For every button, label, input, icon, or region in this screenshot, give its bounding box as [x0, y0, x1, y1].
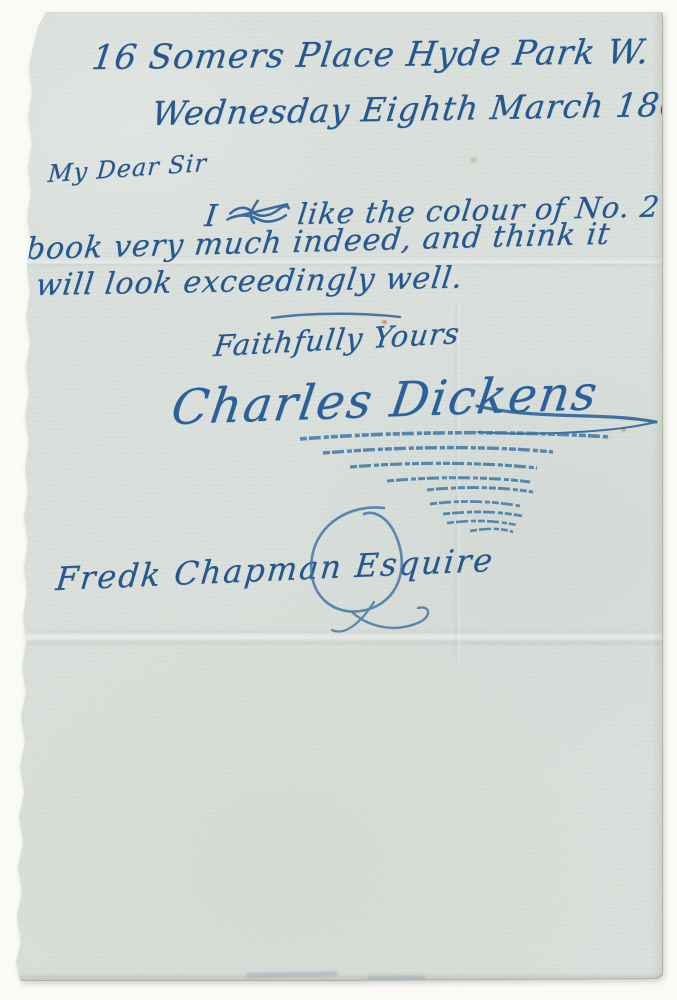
paper-bottom-edge-shade [16, 972, 662, 980]
fold-crease-vertical [454, 302, 461, 662]
rust-speck [621, 428, 626, 432]
letter-paper: 16 Somers Place Hyde Park W. Wednesday E… [16, 12, 662, 980]
address-line: 16 Somers Place Hyde Park W. [89, 32, 652, 78]
scanned-letter-photo: 16 Somers Place Hyde Park W. Wednesday E… [0, 0, 677, 1000]
paper-right-edge-shade [652, 12, 662, 980]
ink-smudge [368, 976, 426, 980]
paper-shadow-wrapper: 16 Somers Place Hyde Park W. Wednesday E… [16, 12, 662, 980]
struck-out-word [225, 196, 292, 225]
fold-crease-lower [16, 630, 662, 646]
paper-stain [470, 157, 477, 163]
